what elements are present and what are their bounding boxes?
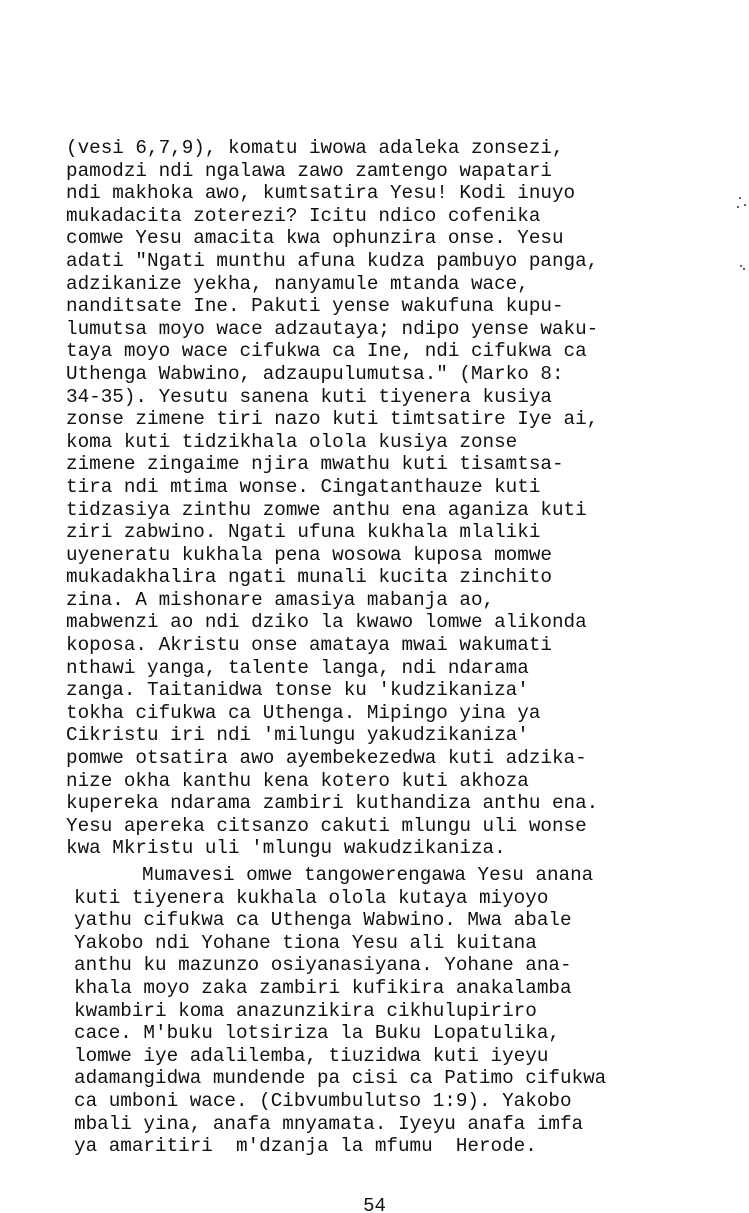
text-line: zimene zingaime njira mwathu kuti tisamt… <box>66 453 670 476</box>
text-line: zonse zimene tiri nazo kuti timtsatire I… <box>66 408 670 431</box>
text-line: Yesu apereka citsanzo cakuti mlungu uli … <box>66 815 670 838</box>
text-line: nize okha kanthu kena kotero kuti akhoza <box>66 770 670 793</box>
scan-speck <box>743 268 745 270</box>
text-line: kwa Mkristu uli 'mlungu wakudzikaniza. <box>66 837 670 860</box>
text-line: adzikanize yekha, nanyamule mtanda wace, <box>66 273 670 296</box>
text-line: lomwe iye adalilemba, tiuzidwa kuti iyey… <box>74 1045 672 1068</box>
text-line: lumutsa moyo wace adzautaya; ndipo yense… <box>66 318 670 341</box>
paragraph-1: (vesi 6,7,9), komatu iwowa adaleka zonse… <box>66 137 670 860</box>
text-line: zanga. Taitanidwa tonse ku 'kudzikaniza' <box>66 679 670 702</box>
text-line: zina. A mishonare amasiya mabanja ao, <box>66 589 670 612</box>
scan-speck <box>740 265 742 267</box>
page-number: 54 <box>0 1195 749 1213</box>
text-line: adamangidwa mundende pa cisi ca Patimo c… <box>74 1067 672 1090</box>
text-line: Cikristu iri ndi 'milungu yakudzikaniza' <box>66 724 670 747</box>
text-line: Yakobo ndi Yohane tiona Yesu ali kuitana <box>74 932 672 955</box>
text-line: yathu cifukwa ca Uthenga Wabwino. Mwa ab… <box>74 909 672 932</box>
text-line: mabwenzi ao ndi dziko la kwawo lomwe ali… <box>66 611 670 634</box>
text-line: tokha cifukwa ca Uthenga. Mipingo yina y… <box>66 702 670 725</box>
text-line: anthu ku mazunzo osiyanasiyana. Yohane a… <box>74 954 672 977</box>
text-line: cace. M'buku lotsiriza la Buku Lopatulik… <box>74 1022 672 1045</box>
text-line: nthawi yanga, talente langa, ndi ndarama <box>66 657 670 680</box>
paragraph-2: Mumavesi omwe tangowerengawa Yesu ananak… <box>74 864 672 1158</box>
text-line: Uthenga Wabwino, adzaupulumutsa." (Marko… <box>66 363 670 386</box>
text-line: mukadakhalira ngati munali kucita zinchi… <box>66 566 670 589</box>
text-line: koposa. Akristu onse amataya mwai wakuma… <box>66 634 670 657</box>
text-line: ziri zabwino. Ngati ufuna kukhala mlalik… <box>66 521 670 544</box>
text-line: kwambiri koma anazunzikira cikhulupiriro <box>74 1000 672 1023</box>
text-line: nanditsate Ine. Pakuti yense wakufuna ku… <box>66 295 670 318</box>
text-line: mukadacita zoterezi? Icitu ndico cofenik… <box>66 205 670 228</box>
text-line: kuti tiyenera kukhala olola kutaya miyoy… <box>74 887 672 910</box>
text-line: kupereka ndarama zambiri kuthandiza anth… <box>66 792 670 815</box>
text-line: ca umboni wace. (Cibvumbulutso 1:9). Yak… <box>74 1090 672 1113</box>
text-line: Mumavesi omwe tangowerengawa Yesu anana <box>74 864 672 887</box>
scan-speck <box>739 197 741 199</box>
text-line: adati "Ngati munthu afuna kudza pambuyo … <box>66 250 670 273</box>
text-line: tira ndi mtima wonse. Cingatanthauze kut… <box>66 476 670 499</box>
text-line: uyeneratu kukhala pena wosowa kuposa mom… <box>66 544 670 567</box>
text-line: (vesi 6,7,9), komatu iwowa adaleka zonse… <box>66 137 670 160</box>
text-line: ndi makhoka awo, kumtsatira Yesu! Kodi i… <box>66 182 670 205</box>
scan-speck <box>737 206 739 208</box>
text-line: comwe Yesu amacita kwa ophunzira onse. Y… <box>66 227 670 250</box>
text-line: koma kuti tidzikhala olola kusiya zonse <box>66 431 670 454</box>
text-line: tidzasiya zinthu zomwe anthu ena aganiza… <box>66 499 670 522</box>
text-line: pomwe otsatira awo ayembekezedwa kuti ad… <box>66 747 670 770</box>
text-line: taya moyo wace cifukwa ca Ine, ndi cifuk… <box>66 340 670 363</box>
text-line: mbali yina, anafa mnyamata. Iyeyu anafa … <box>74 1113 672 1136</box>
text-line: ya amaritiri m'dzanja la mfumu Herode. <box>74 1135 672 1158</box>
text-line: 34-35). Yesutu sanena kuti tiyenera kusi… <box>66 386 670 409</box>
text-line: pamodzi ndi ngalawa zawo zamtengo wapata… <box>66 160 670 183</box>
text-line: khala moyo zaka zambiri kufikira anakala… <box>74 977 672 1000</box>
document-page: (vesi 6,7,9), komatu iwowa adaleka zonse… <box>0 0 749 1213</box>
scan-speck <box>744 204 746 206</box>
